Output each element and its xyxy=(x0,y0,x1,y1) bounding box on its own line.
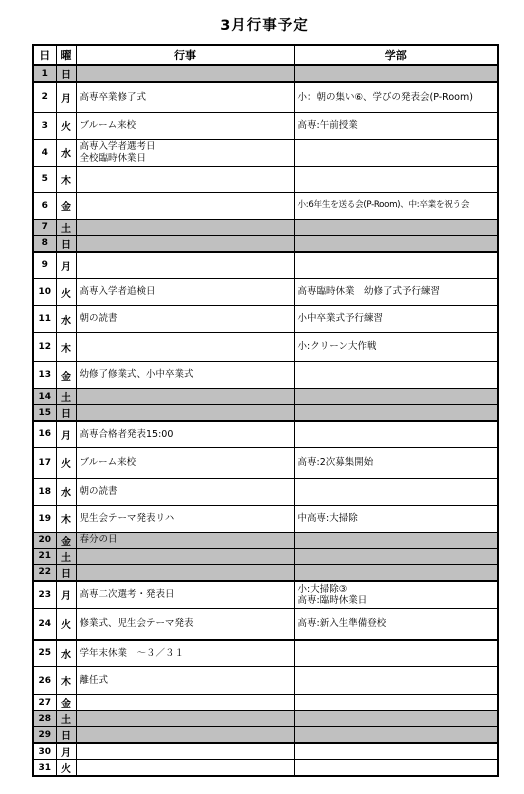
header-weekday: 曜 xyxy=(56,45,76,65)
day-cell: 8 xyxy=(33,235,56,252)
table-row: 16月高専合格者発表15:00 xyxy=(33,421,498,447)
division-cell xyxy=(294,532,498,548)
event-cell: 高専合格者発表15:00 xyxy=(76,421,294,447)
table-row: 12木小:クリーン大作戦 xyxy=(33,333,498,362)
event-cell xyxy=(76,252,294,279)
table-row: 31火 xyxy=(33,760,498,777)
division-cell xyxy=(294,548,498,564)
division-cell: 高専:午前授業 xyxy=(294,112,498,139)
day-cell: 25 xyxy=(33,640,56,667)
table-row: 21土 xyxy=(33,548,498,564)
event-cell: 幼修了修業式、小中卒業式 xyxy=(76,362,294,389)
weekday-cell: 木 xyxy=(56,667,76,695)
day-cell: 31 xyxy=(33,760,56,777)
event-cell xyxy=(76,695,294,711)
day-cell: 29 xyxy=(33,727,56,744)
table-row: 27金 xyxy=(33,695,498,711)
day-cell: 10 xyxy=(33,279,56,306)
table-row: 28土 xyxy=(33,711,498,727)
day-cell: 1 xyxy=(33,65,56,82)
table-row: 25水学年末休業 ～３／３１ xyxy=(33,640,498,667)
day-cell: 9 xyxy=(33,252,56,279)
division-cell xyxy=(294,166,498,192)
weekday-cell: 土 xyxy=(56,548,76,564)
table-row: 14土 xyxy=(33,389,498,405)
weekday-cell: 月 xyxy=(56,421,76,447)
day-cell: 2 xyxy=(33,82,56,112)
day-cell: 13 xyxy=(33,362,56,389)
event-cell xyxy=(76,219,294,235)
weekday-cell: 日 xyxy=(56,405,76,422)
event-cell: 修業式、児生会テーマ発表 xyxy=(76,609,294,640)
day-cell: 11 xyxy=(33,306,56,333)
event-cell xyxy=(76,743,294,760)
header-row: 日 曜 行事 学部 xyxy=(33,45,498,65)
weekday-cell: 金 xyxy=(56,695,76,711)
division-cell xyxy=(294,65,498,82)
header-event: 行事 xyxy=(76,45,294,65)
event-cell xyxy=(76,727,294,744)
table-row: 13金幼修了修業式、小中卒業式 xyxy=(33,362,498,389)
division-cell xyxy=(294,640,498,667)
division-cell: 小:クリーン大作戦 xyxy=(294,333,498,362)
event-cell xyxy=(76,65,294,82)
event-cell: 学年末休業 ～３／３１ xyxy=(76,640,294,667)
event-cell xyxy=(76,235,294,252)
event-cell: 高専二次選考・発表日 xyxy=(76,581,294,609)
division-cell xyxy=(294,362,498,389)
division-cell xyxy=(294,219,498,235)
event-cell: 朝の読書 xyxy=(76,478,294,505)
division-cell: 高専臨時休業 幼修了式予行練習 xyxy=(294,279,498,306)
day-cell: 16 xyxy=(33,421,56,447)
weekday-cell: 日 xyxy=(56,65,76,82)
division-cell xyxy=(294,743,498,760)
division-cell xyxy=(294,389,498,405)
weekday-cell: 火 xyxy=(56,447,76,478)
day-cell: 7 xyxy=(33,219,56,235)
day-cell: 18 xyxy=(33,478,56,505)
table-row: 1日 xyxy=(33,65,498,82)
header-division: 学部 xyxy=(294,45,498,65)
event-cell xyxy=(76,389,294,405)
division-cell: 高専:新入生準備登校 xyxy=(294,609,498,640)
event-cell xyxy=(76,760,294,777)
weekday-cell: 月 xyxy=(56,581,76,609)
day-cell: 15 xyxy=(33,405,56,422)
weekday-cell: 金 xyxy=(56,532,76,548)
table-row: 2月高専卒業修了式小：朝の集い⑥、学びの発表会(P-Room) xyxy=(33,82,498,112)
event-cell: 朝の読書 xyxy=(76,306,294,333)
division-cell xyxy=(294,711,498,727)
table-row: 6金小:6年生を送る会(P-Room)、中:卒業を祝う会 xyxy=(33,192,498,219)
day-cell: 24 xyxy=(33,609,56,640)
event-cell: 児生会テーマ発表リハ xyxy=(76,505,294,532)
weekday-cell: 金 xyxy=(56,362,76,389)
weekday-cell: 土 xyxy=(56,219,76,235)
division-cell: 小中卒業式予行練習 xyxy=(294,306,498,333)
day-cell: 6 xyxy=(33,192,56,219)
table-row: 30月 xyxy=(33,743,498,760)
division-cell xyxy=(294,667,498,695)
weekday-cell: 月 xyxy=(56,252,76,279)
day-cell: 22 xyxy=(33,564,56,581)
page: 3月行事予定 日 曜 行事 学部 1日2月高専卒業修了式小：朝の集い⑥、学びの発… xyxy=(0,0,524,794)
weekday-cell: 水 xyxy=(56,640,76,667)
event-cell: ブルーム来校 xyxy=(76,112,294,139)
day-cell: 5 xyxy=(33,166,56,192)
table-row: 18水朝の読書 xyxy=(33,478,498,505)
page-title: 3月行事予定 xyxy=(32,14,497,35)
weekday-cell: 月 xyxy=(56,743,76,760)
day-cell: 26 xyxy=(33,667,56,695)
table-row: 24火修業式、児生会テーマ発表高専:新入生準備登校 xyxy=(33,609,498,640)
day-cell: 4 xyxy=(33,139,56,166)
day-cell: 17 xyxy=(33,447,56,478)
division-cell xyxy=(294,252,498,279)
table-row: 5木 xyxy=(33,166,498,192)
weekday-cell: 土 xyxy=(56,389,76,405)
weekday-cell: 土 xyxy=(56,711,76,727)
weekday-cell: 木 xyxy=(56,505,76,532)
day-cell: 21 xyxy=(33,548,56,564)
event-cell xyxy=(76,333,294,362)
event-cell: 高専卒業修了式 xyxy=(76,82,294,112)
day-cell: 3 xyxy=(33,112,56,139)
event-cell xyxy=(76,548,294,564)
event-cell: 離任式 xyxy=(76,667,294,695)
event-cell: 高専入学者追検日 xyxy=(76,279,294,306)
event-cell: 春分の日 xyxy=(76,532,294,548)
weekday-cell: 日 xyxy=(56,727,76,744)
table-row: 17火ブルーム来校高専:2次募集開始 xyxy=(33,447,498,478)
weekday-cell: 火 xyxy=(56,112,76,139)
weekday-cell: 火 xyxy=(56,279,76,306)
table-row: 22日 xyxy=(33,564,498,581)
division-cell xyxy=(294,760,498,777)
table-row: 23月高専二次選考・発表日小:大掃除③ 高専:臨時休業日 xyxy=(33,581,498,609)
table-row: 26木離任式 xyxy=(33,667,498,695)
day-cell: 28 xyxy=(33,711,56,727)
division-cell xyxy=(294,727,498,744)
table-row: 20金春分の日 xyxy=(33,532,498,548)
table-row: 9月 xyxy=(33,252,498,279)
day-cell: 12 xyxy=(33,333,56,362)
table-row: 8日 xyxy=(33,235,498,252)
event-cell xyxy=(76,711,294,727)
division-cell: 小:大掃除③ 高専:臨時休業日 xyxy=(294,581,498,609)
day-cell: 19 xyxy=(33,505,56,532)
division-cell xyxy=(294,421,498,447)
event-cell: 高専入学者選考日 全校臨時休業日 xyxy=(76,139,294,166)
division-cell: 高専:2次募集開始 xyxy=(294,447,498,478)
header-day: 日 xyxy=(33,45,56,65)
table-row: 7土 xyxy=(33,219,498,235)
event-cell xyxy=(76,192,294,219)
schedule-body: 1日2月高専卒業修了式小：朝の集い⑥、学びの発表会(P-Room)3火ブルーム来… xyxy=(33,65,498,776)
division-cell xyxy=(294,139,498,166)
division-cell: 小：朝の集い⑥、学びの発表会(P-Room) xyxy=(294,82,498,112)
event-cell xyxy=(76,564,294,581)
division-cell xyxy=(294,478,498,505)
weekday-cell: 日 xyxy=(56,564,76,581)
division-cell: 小:6年生を送る会(P-Room)、中:卒業を祝う会 xyxy=(294,192,498,219)
event-cell xyxy=(76,166,294,192)
schedule-table: 日 曜 行事 学部 1日2月高専卒業修了式小：朝の集い⑥、学びの発表会(P-Ro… xyxy=(32,44,499,777)
weekday-cell: 木 xyxy=(56,333,76,362)
day-cell: 14 xyxy=(33,389,56,405)
table-row: 4水高専入学者選考日 全校臨時休業日 xyxy=(33,139,498,166)
table-row: 19木児生会テーマ発表リハ中高専:大掃除 xyxy=(33,505,498,532)
day-cell: 23 xyxy=(33,581,56,609)
weekday-cell: 火 xyxy=(56,609,76,640)
weekday-cell: 金 xyxy=(56,192,76,219)
event-cell: ブルーム来校 xyxy=(76,447,294,478)
day-cell: 27 xyxy=(33,695,56,711)
day-cell: 30 xyxy=(33,743,56,760)
weekday-cell: 水 xyxy=(56,478,76,505)
division-cell xyxy=(294,564,498,581)
table-row: 15日 xyxy=(33,405,498,422)
division-cell xyxy=(294,695,498,711)
division-cell xyxy=(294,235,498,252)
table-row: 29日 xyxy=(33,727,498,744)
table-row: 11水朝の読書小中卒業式予行練習 xyxy=(33,306,498,333)
day-cell: 20 xyxy=(33,532,56,548)
weekday-cell: 火 xyxy=(56,760,76,777)
division-cell xyxy=(294,405,498,422)
table-row: 3火ブルーム来校高専:午前授業 xyxy=(33,112,498,139)
weekday-cell: 木 xyxy=(56,166,76,192)
weekday-cell: 月 xyxy=(56,82,76,112)
event-cell xyxy=(76,405,294,422)
division-cell: 中高専:大掃除 xyxy=(294,505,498,532)
weekday-cell: 水 xyxy=(56,139,76,166)
weekday-cell: 日 xyxy=(56,235,76,252)
table-row: 10火高専入学者追検日高専臨時休業 幼修了式予行練習 xyxy=(33,279,498,306)
weekday-cell: 水 xyxy=(56,306,76,333)
